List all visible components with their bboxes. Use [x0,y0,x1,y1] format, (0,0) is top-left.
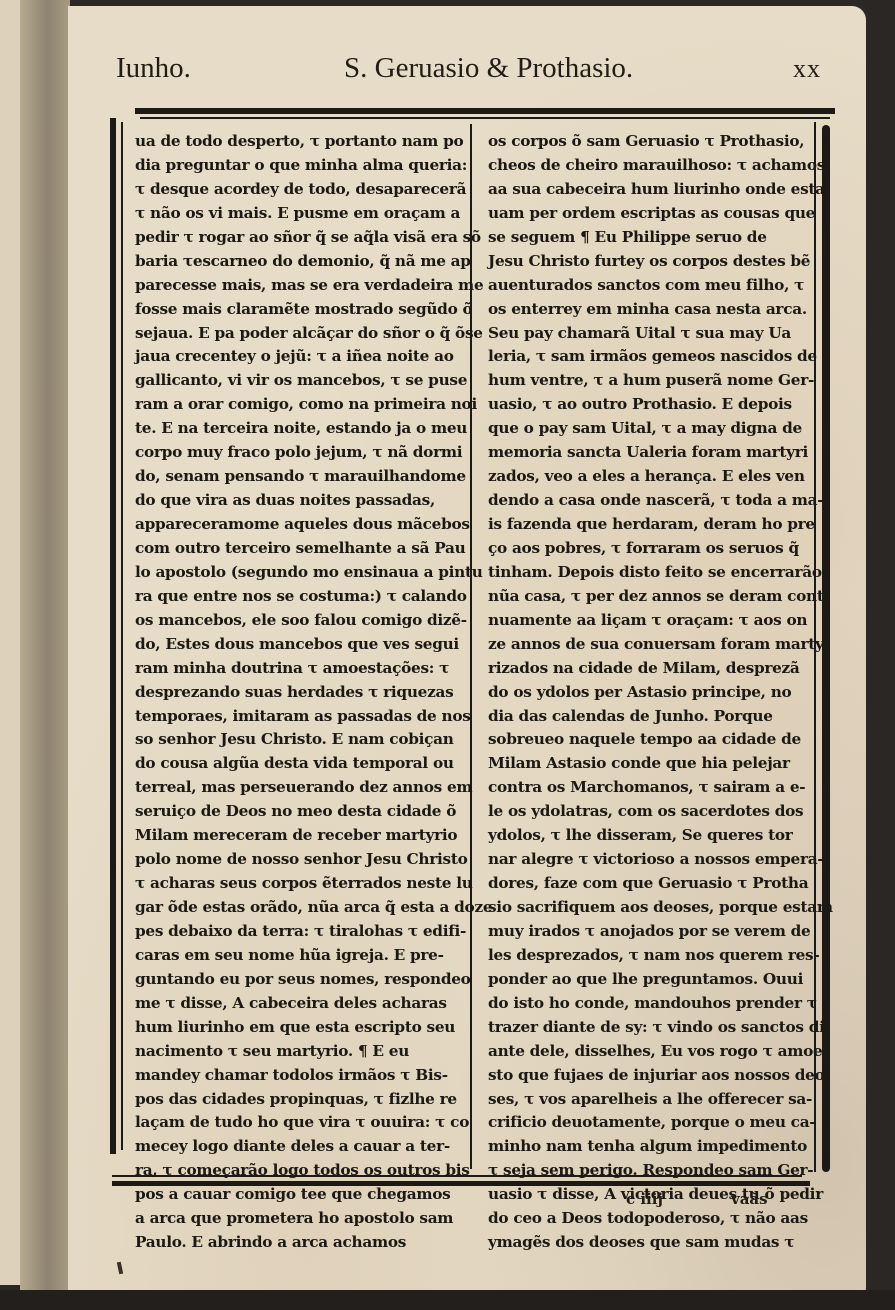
text-line: so senhor Jesu Christo. E nam cobiçan [135,728,465,752]
text-line: ra, τ começarão logo todos os outros bis [135,1159,465,1183]
text-line: Jesu Christo furtey os corpos destes bẽ [488,250,813,274]
text-line: que o pay sam Uital, τ a may digna de [488,417,813,441]
text-line: fosse mais claramẽte mostrado segũdo õ [135,298,465,322]
text-line: laçam de tudo ho que vira τ ouuira: τ co [135,1111,465,1135]
catchword: vaãs [731,1190,768,1208]
text-line: ymagẽs dos deoses que sam mudas τ [488,1231,813,1255]
text-line: ram a orar comigo, como na primeira noi [135,393,465,417]
text-line: os corpos õ sam Geruasio τ Prothasio, [488,130,813,154]
text-line: nar alegre τ victorioso a nossos empera- [488,848,813,872]
text-line: auenturados sanctos com meu filho, τ [488,274,813,298]
left-border-thin [121,122,123,1150]
text-line: do ceo a Deos todopoderoso, τ não aas [488,1207,813,1231]
text-line: baria τescarneo do demonio, q̃ nã me ap [135,250,465,274]
text-line: do, Estes dous mancebos que ves segui [135,633,465,657]
text-line: pos a cauar comigo tee que chegamos [135,1183,465,1207]
text-line: crificio deuotamente, porque o meu ca- [488,1111,813,1135]
text-line: ram minha doutrina τ amoestações: τ [135,657,465,681]
text-line: muy irados τ anojados por se verem de [488,920,813,944]
text-line: uam per ordem escriptas as cousas que [488,202,813,226]
text-line: hum liurinho em que esta escripto seu [135,1016,465,1040]
text-line: do, senam pensando τ marauilhandome [135,465,465,489]
text-line: do isto ho conde, mandouhos prender τ [488,992,813,1016]
text-line: do que vira as duas noites passadas, [135,489,465,513]
text-line: gallicanto, vi vir os mancebos, τ se pus… [135,369,465,393]
text-line: parecesse mais, mas se era verdadeira me [135,274,465,298]
text-line: desprezando suas herdades τ riquezas [135,681,465,705]
text-line: nacimento τ seu martyrio. ¶ E eu [135,1040,465,1064]
text-line: dia preguntar o que minha alma queria: [135,154,465,178]
left-border-thick [110,118,116,1154]
text-line: ses, τ vos aparelheis a lhe offerecer sa… [488,1088,813,1112]
text-line: trazer diante de sy: τ vindo os sanctos … [488,1016,813,1040]
text-line: ydolos, τ lhe disseram, Se queres tor [488,824,813,848]
text-line: se seguem ¶ Eu Philippe seruo de [488,226,813,250]
text-line: sto que fujaes de injuriar aos nossos de… [488,1064,813,1088]
text-line: tinham. Depois disto feito se encerrarão [488,561,813,585]
text-line: a arca que prometera ho apostolo sam [135,1207,465,1231]
text-line: os enterrey em minha casa nesta arca. [488,298,813,322]
text-line: gar õde estas orãdo, nũa arca q̃ esta a … [135,896,465,920]
text-line: pedir τ rogar ao sñor q̃ se aq̃la visã e… [135,226,465,250]
text-line: τ acharas seus corpos ẽterrados neste lu [135,872,465,896]
book-gutter [20,0,70,1290]
text-line: polo nome de nosso senhor Jesu Christo [135,848,465,872]
text-line: temporaes, imitaram as passadas de nos [135,705,465,729]
running-head-month: Iunho. [116,52,191,85]
text-line: corpo muy fraco polo jejum, τ nã dormi [135,441,465,465]
text-line: uasio, τ ao outro Prothasio. E depois [488,393,813,417]
text-line: te. E na terceira noite, estando ja o me… [135,417,465,441]
text-line: do cousa algũa desta vida temporal ou [135,752,465,776]
text-line: minho nam tenha algum impedimento [488,1135,813,1159]
text-line: jaua crecentey o jejũ: τ a iñea noite ao [135,345,465,369]
text-line: ze annos de sua conuersam foram marty- [488,633,813,657]
running-head-title: S. Geruasio & Prothasio. [344,52,633,85]
text-line: Seu pay chamarã Uital τ sua may Ua [488,322,813,346]
text-line: mandey chamar todolos irmãos τ Bis- [135,1064,465,1088]
text-line: cheos de cheiro marauilhoso: τ achamos [488,154,813,178]
text-line: le os ydolatras, com os sacerdotes dos [488,800,813,824]
folio-number: xx [793,54,821,84]
text-line: Milam mereceram de receber martyrio [135,824,465,848]
text-line: lo apostolo (segundo mo ensinaua a pintu [135,561,465,585]
text-line: leria, τ sam irmãos gemeos nascidos de [488,345,813,369]
text-line: ante dele, disselhes, Eu vos rogo τ amoe [488,1040,813,1064]
text-line: Paulo. E abrindo a arca achamos [135,1231,465,1255]
text-line: is fazenda que herdaram, deram ho pre [488,513,813,537]
text-column-left: ua de todo desperto, τ portanto nam podi… [135,130,465,1255]
top-rule-thin [140,117,830,119]
text-column-right: os corpos õ sam Geruasio τ Prothasio,che… [488,130,813,1255]
text-line: nũa casa, τ per dez annos se deram conti [488,585,813,609]
text-line: Milam Astasio conde que hia pelejar [488,752,813,776]
text-line: mecey logo diante deles a cauar a ter- [135,1135,465,1159]
text-line: pes debaixo da terra: τ tiralohas τ edif… [135,920,465,944]
scan-background [0,1290,895,1310]
text-line: nuamente aa liçam τ oraçam: τ aos on [488,609,813,633]
text-line: os mancebos, ele soo falou comigo dizẽ- [135,609,465,633]
text-line: hum ventre, τ a hum puserã nome Ger- [488,369,813,393]
text-line: memoria sancta Ualeria foram martyri [488,441,813,465]
text-line: ço aos pobres, τ forraram os seruos q̃ [488,537,813,561]
text-line: me τ disse, A cabeceira deles acharas [135,992,465,1016]
text-line: τ não os vi mais. E pusme em oraçam a [135,202,465,226]
text-line: do os ydolos per Astasio principe, no [488,681,813,705]
top-rule-thick [135,108,835,114]
text-line: zados, veo a eles a herança. E eles ven [488,465,813,489]
text-line: dendo a casa onde nascerã, τ toda a ma- [488,489,813,513]
text-line: τ seja sem perigo. Respondeo sam Ger- [488,1159,813,1183]
text-line: dia das calendas de Junho. Porque [488,705,813,729]
text-line: com outro terceiro semelhante a sã Pau [135,537,465,561]
previous-page-edge [0,0,21,1285]
text-line: ponder ao que lhe preguntamos. Ouui [488,968,813,992]
text-line: aa sua cabeceira hum liurinho onde esta [488,178,813,202]
text-line: contra os Marchomanos, τ sairam a e- [488,776,813,800]
text-line: guntando eu por seus nomes, respondeo [135,968,465,992]
text-line: τ desque acordey de todo, desaparecerã [135,178,465,202]
text-line: terreal, mas perseuerando dez annos em [135,776,465,800]
text-line: caras em seu nome hũa igreja. E pre- [135,944,465,968]
signature-mark: c iiij [626,1190,663,1208]
running-head: Iunho. S. Geruasio & Prothasio. xx [116,52,821,92]
text-line: dores, faze com que Geruasio τ Protha [488,872,813,896]
text-line: sio sacrifiquem aos deoses, porque estam [488,896,813,920]
text-line: ra que entre nos se costuma:) τ calando [135,585,465,609]
text-line: ua de todo desperto, τ portanto nam po [135,130,465,154]
text-line: rizados na cidade de Milam, desprezã [488,657,813,681]
text-line: les desprezados, τ nam nos querem res- [488,944,813,968]
text-line: sobreueo naquele tempo aa cidade de [488,728,813,752]
text-line: appareceramome aqueles dous mãcebos [135,513,465,537]
text-line: pos das cidades propinquas, τ fizlhe re [135,1088,465,1112]
text-line: sejaua. E pa poder alcãçar do sñor o q̃ … [135,322,465,346]
text-line: seruiço de Deos no meo desta cidade õ [135,800,465,824]
